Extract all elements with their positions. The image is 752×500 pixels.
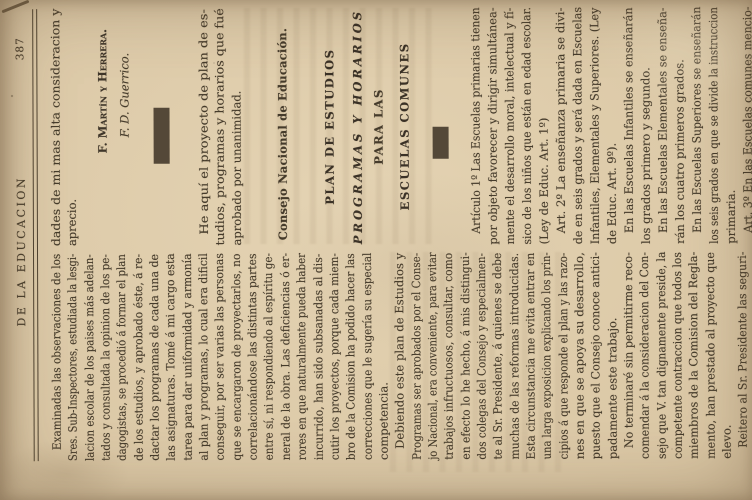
separator-rule (153, 108, 170, 164)
text-line: los grados primero y segundo. (638, 7, 656, 244)
text-columns: Examinadas las observaciones de losSres.… (47, 0, 752, 500)
text-line: mente el desarrollo moral, intelectual y… (502, 8, 520, 245)
text-line: Examinadas las observaciones de los (48, 254, 65, 461)
text-line: padamente este trabajo. (604, 252, 621, 459)
consejo-nacional-label: Consejo Nacional de Educación. (274, 8, 291, 245)
text-line: Art. 3º En las Escuelas comunes mencio- (740, 7, 752, 244)
text-line: una larga exposicion explicando los prin… (538, 252, 555, 459)
page-content: DE LA EDUCACION 387 Examinadas las obser… (0, 0, 752, 500)
text-line: nes en que se apoya su desarrollo, (571, 252, 588, 459)
text-line: cipios á que responde el plan y las razo… (555, 252, 572, 459)
text-line: Reitero al Sr. Presidente las seguri- (734, 252, 751, 459)
text-line: Art. 2º La enseñanza primaria se divi- (553, 7, 571, 244)
text-line: tarea para dar uniformidad y armonía (179, 254, 196, 461)
text-line: primaria. (723, 7, 741, 244)
text-line: competente contraccion que todos los (669, 252, 686, 459)
text-line: de los estudios, y aprobado éste, á re- (130, 254, 147, 461)
text-line: trabajos infructuosos, consultar, como (440, 253, 457, 460)
text-line: Debiendo este plan de Estudios y (391, 253, 408, 460)
text-line: mento, han prestado al proyecto que (702, 252, 719, 459)
text-line: Sres. Sub-Inspectores, estudiada la lesg… (64, 254, 81, 461)
heading-para-las: PARA LAS (370, 8, 387, 245)
text-line: jo Nacional, era conveniente, para evita… (424, 253, 441, 460)
text-line: Esta circunstancia me evita entrar en (522, 252, 539, 459)
right-column: dades de mi mas alta consideracion yapre… (47, 7, 752, 247)
text-line: cutir los proyectos, porque cada miem- (326, 253, 343, 460)
text-line: Programas ser aprobados por el Conse- (408, 253, 425, 460)
text-line: por objeto favorecer y dirigir simultáne… (485, 8, 503, 245)
text-line: dagogistas, se procedió á formar el plan (113, 254, 130, 461)
text-line: tados y consultada la opinion de los pe- (97, 254, 114, 461)
text-line: elevo. (718, 252, 735, 459)
text-line: Infantiles, Elementales y Superiores. (L… (587, 7, 605, 244)
signature-martin-y-herrera: F. Martín y Herrera. (94, 9, 111, 246)
text-line: tudios, programas y horarios que fué (212, 9, 229, 246)
text-line: entre sí, ni respondiendo al espíritu ge… (260, 253, 277, 460)
text-line: sico de los niños que están en edad esco… (519, 7, 537, 244)
left-column: Examinadas las observaciones de losSres.… (48, 252, 752, 462)
text-line: los seis grados en que se divide la inst… (706, 7, 724, 244)
text-line: correcciones que le sugería su especial (359, 253, 376, 460)
heading-plan-de-estudios: PLAN DE ESTUDIOS (321, 8, 338, 245)
text-line: No terminaré sin permitirme reco- (620, 252, 637, 459)
heading-escuelas-comunes: ESCUELAS COMUNES (396, 8, 413, 245)
text-line: sejo que V. tan dignamente preside, la (653, 252, 670, 459)
text-line: conseguir, por ser varias las personas (211, 254, 228, 461)
page-header: DE LA EDUCACION 387 (11, 1, 29, 500)
signature-guerrico: F. D. Guerrico. (116, 9, 133, 246)
separator-rule (433, 127, 450, 159)
text-line: (Ley de Educ. Art. 1º) (536, 7, 554, 244)
text-line: aprobado por unanimidad. (228, 8, 245, 245)
text-line: lacion escolar de los paises más adelan- (81, 254, 98, 461)
text-line: rán los cuatro primeros grados. (672, 7, 690, 244)
text-line: en efecto lo he hecho, á mis distingui- (457, 253, 474, 460)
text-line: correlacionándose las distintas partes (244, 253, 261, 460)
text-line: muchas de las reformas introducidas. (506, 252, 523, 459)
text-line: Artículo 1º Las Escuelas primarias tiene… (468, 8, 486, 245)
text-line: dades de mi mas alta consideracion y (47, 9, 64, 246)
page-number: 387 (12, 37, 28, 60)
text-line: comendar á la consideracion del Con- (636, 252, 653, 459)
text-line: de en seis grados y será dada en Escuela… (570, 7, 588, 244)
text-line: puesto que el Consejo conoce antici- (587, 252, 604, 459)
text-line: En las Escuelas Infantiles se enseñarán (621, 7, 639, 244)
text-line: aprecio. (64, 9, 81, 246)
scanned-book-page: DE LA EDUCACION 387 Examinadas las obser… (0, 0, 752, 500)
text-line: En las Escuelas Elementales se enseña- (655, 7, 673, 244)
running-title: DE LA EDUCACION (15, 176, 29, 327)
heading-programas-y-horarios: PROGRAMAS Y HORARIOS (349, 8, 366, 245)
header-double-rule (32, 9, 39, 461)
text-line: En las Escuelas Superiores se enseñarán (689, 7, 707, 244)
text-line: incurrido, han sido subsanadas al dis- (310, 253, 327, 460)
text-line: de Educ. Art. 9º). (604, 7, 622, 244)
text-line: bro de la Comision ha podido hacer las (342, 253, 359, 460)
text-line: rores en que naturalmente pueda haber (293, 253, 310, 460)
text-line: al plan y programas, lo cual era dificil (195, 254, 212, 461)
text-line: que se encargaron de proyectarlos, no (228, 253, 245, 460)
text-line: miembros de la Comision del Regla- (685, 252, 702, 459)
text-line: competencia. (375, 253, 392, 460)
text-line: dos colegas del Consejo y especialmen- (473, 253, 490, 460)
text-line: He aquí el proyecto de plan de es- (195, 9, 212, 246)
text-line: las asignaturas. Tomé á mi cargo esta (162, 254, 179, 461)
text-line: dactar los programas de cada una de (146, 254, 163, 461)
text-line: te al Sr. Presidente, á quienes se debe (489, 253, 506, 460)
text-line: neral de la obra. Las deficiencias ó er- (277, 253, 294, 460)
